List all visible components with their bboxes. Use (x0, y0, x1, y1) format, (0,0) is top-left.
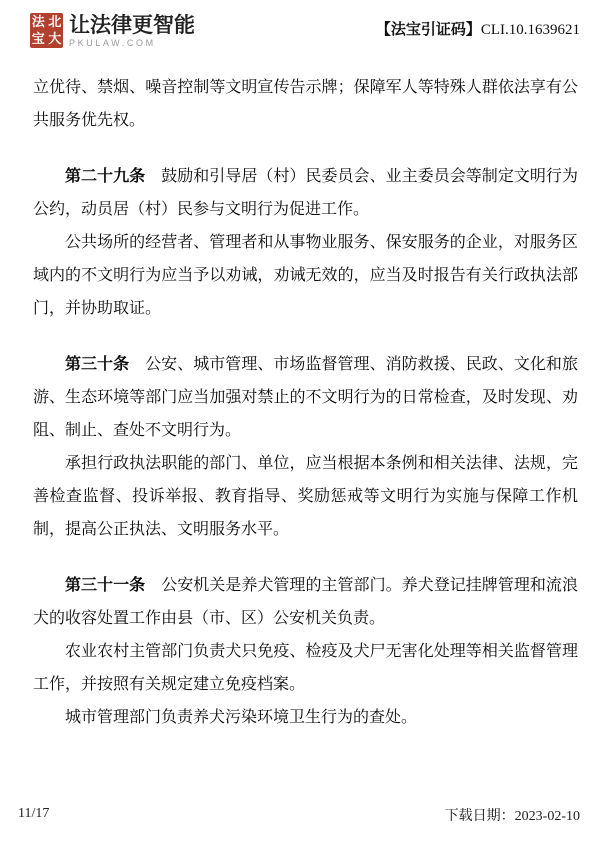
logo-slogan: 让法律更智能 (69, 13, 195, 37)
article-number: 第三十条 (65, 356, 129, 373)
pkulaw-seal-icon: 法 北 宝 大 (30, 13, 63, 48)
paragraph: 第三十一条 公安机关是养犬管理的主管部门。养犬登记挂牌管理和流浪犬的收容处置工作… (33, 569, 578, 635)
paragraph: 第三十条 公安、城市管理、市场监督管理、消防救援、民政、文化和旅游、生态环境等部… (33, 348, 578, 447)
paragraph: 承担行政执法职能的部门、单位，应当根据本条例和相关法律、法规，完善检查监督、投诉… (33, 447, 578, 546)
seal-char: 法 (30, 14, 47, 30)
download-date-label: 下载日期： (445, 807, 515, 823)
paragraph: 第二十九条 鼓励和引导居（村）民委员会、业主委员会等制定文明行为公约，动员居（村… (33, 160, 578, 226)
seal-char: 大 (47, 31, 64, 47)
seal-char: 北 (47, 14, 64, 30)
page-number: 11/17 (18, 806, 49, 822)
seal-char: 宝 (30, 31, 47, 47)
download-date-line: 下载日期：2023-02-10 (445, 805, 580, 825)
citation-code-line: 【法宝引证码】CLI.10.1639621 (376, 21, 580, 39)
logo-text: 让法律更智能 PKULAW.COM (69, 13, 195, 48)
logo-domain: PKULAW.COM (69, 38, 195, 48)
pkulaw-logo: 法 北 宝 大 让法律更智能 PKULAW.COM (30, 13, 195, 48)
document-page: 法 北 宝 大 让法律更智能 PKULAW.COM 【法宝引证码】CLI.10.… (0, 0, 610, 842)
download-date-value: 2023-02-10 (515, 809, 580, 824)
article-number: 第三十一条 (65, 577, 145, 594)
document-body: 立优待、禁烟、噪音控制等文明宣传告示牌；保障军人等特殊人群依法享有公共服务优先权… (33, 71, 578, 734)
paragraph: 立优待、禁烟、噪音控制等文明宣传告示牌；保障军人等特殊人群依法享有公共服务优先权… (33, 71, 578, 137)
paragraph: 公共场所的经营者、管理者和从事物业服务、保安服务的企业，对服务区域内的不文明行为… (33, 226, 578, 325)
citation-label: 【法宝引证码】 (376, 22, 481, 38)
citation-code: CLI.10.1639621 (481, 22, 580, 38)
paragraph: 农业农村主管部门负责犬只免疫、检疫及犬尸无害化处理等相关监督管理工作，并按照有关… (33, 635, 578, 701)
paragraph: 城市管理部门负责养犬污染环境卫生行为的查处。 (33, 701, 578, 734)
article-number: 第二十九条 (65, 168, 145, 185)
